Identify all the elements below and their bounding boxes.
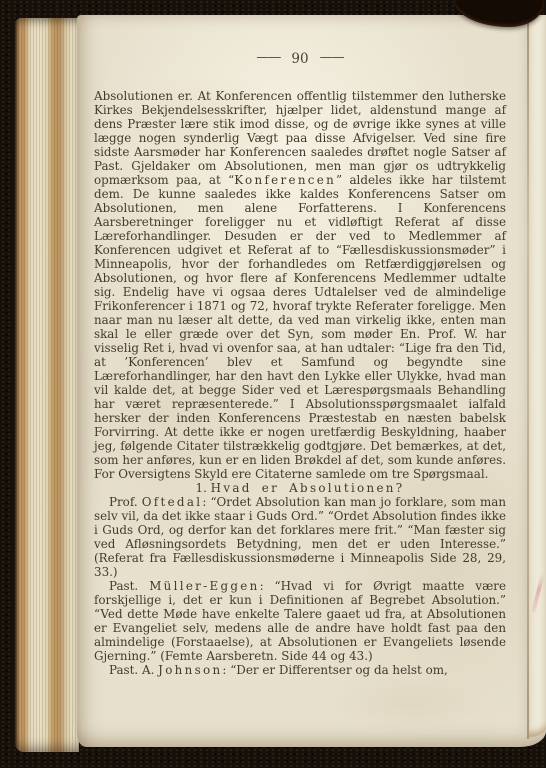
emphasized-text: Johnson xyxy=(158,663,222,677)
page-content: ——90—— Absolutionen er. At Konferencen o… xyxy=(94,51,506,677)
paragraph: Absolutionen er. At Konferencen offentli… xyxy=(94,89,506,481)
paragraph: Past. A. Johnson: “Der er Differentser o… xyxy=(94,663,506,677)
emphasized-text: Hvad er Absolutionen? xyxy=(211,481,405,495)
desk-background: ——90—— Absolutionen er. At Konferencen o… xyxy=(0,0,546,768)
paragraph: Past. Müller-Eggen: “Hvad vi for Øvrigt … xyxy=(94,579,506,663)
text-segment: Past. A. xyxy=(109,663,158,677)
text-segment: Prof. xyxy=(109,495,142,509)
text-segment: : “Der er Differentser og da helst om, xyxy=(222,663,447,677)
paper-stain xyxy=(327,675,487,735)
page-header: ——90—— xyxy=(94,51,506,67)
text-segment: ” aldeles ikke har tilstemt dem. De kunn… xyxy=(94,173,506,481)
page-text: Absolutionen er. At Konferencen offentli… xyxy=(94,89,506,677)
text-segment: Past. xyxy=(109,579,149,593)
page-right-crease xyxy=(527,15,529,739)
text-segment: 1. xyxy=(196,481,211,495)
book-page: ——90—— Absolutionen er. At Konferencen o… xyxy=(77,15,546,747)
header-rule-left: —— xyxy=(256,50,280,65)
emphasized-text: Müller-Eggen xyxy=(149,579,259,593)
page-right-leaf-edge xyxy=(529,15,546,737)
page-number: 90 xyxy=(291,51,308,67)
section-heading: 1. Hvad er Absolutionen? xyxy=(94,481,506,495)
emphasized-text: Oftedal xyxy=(142,495,203,509)
emphasized-text: Konferencen xyxy=(234,173,336,187)
header-rule-right: —— xyxy=(320,50,344,65)
book-fore-edge-pages xyxy=(15,18,79,752)
paragraph: Prof. Oftedal: “Ordet Absolution kan man… xyxy=(94,495,506,579)
